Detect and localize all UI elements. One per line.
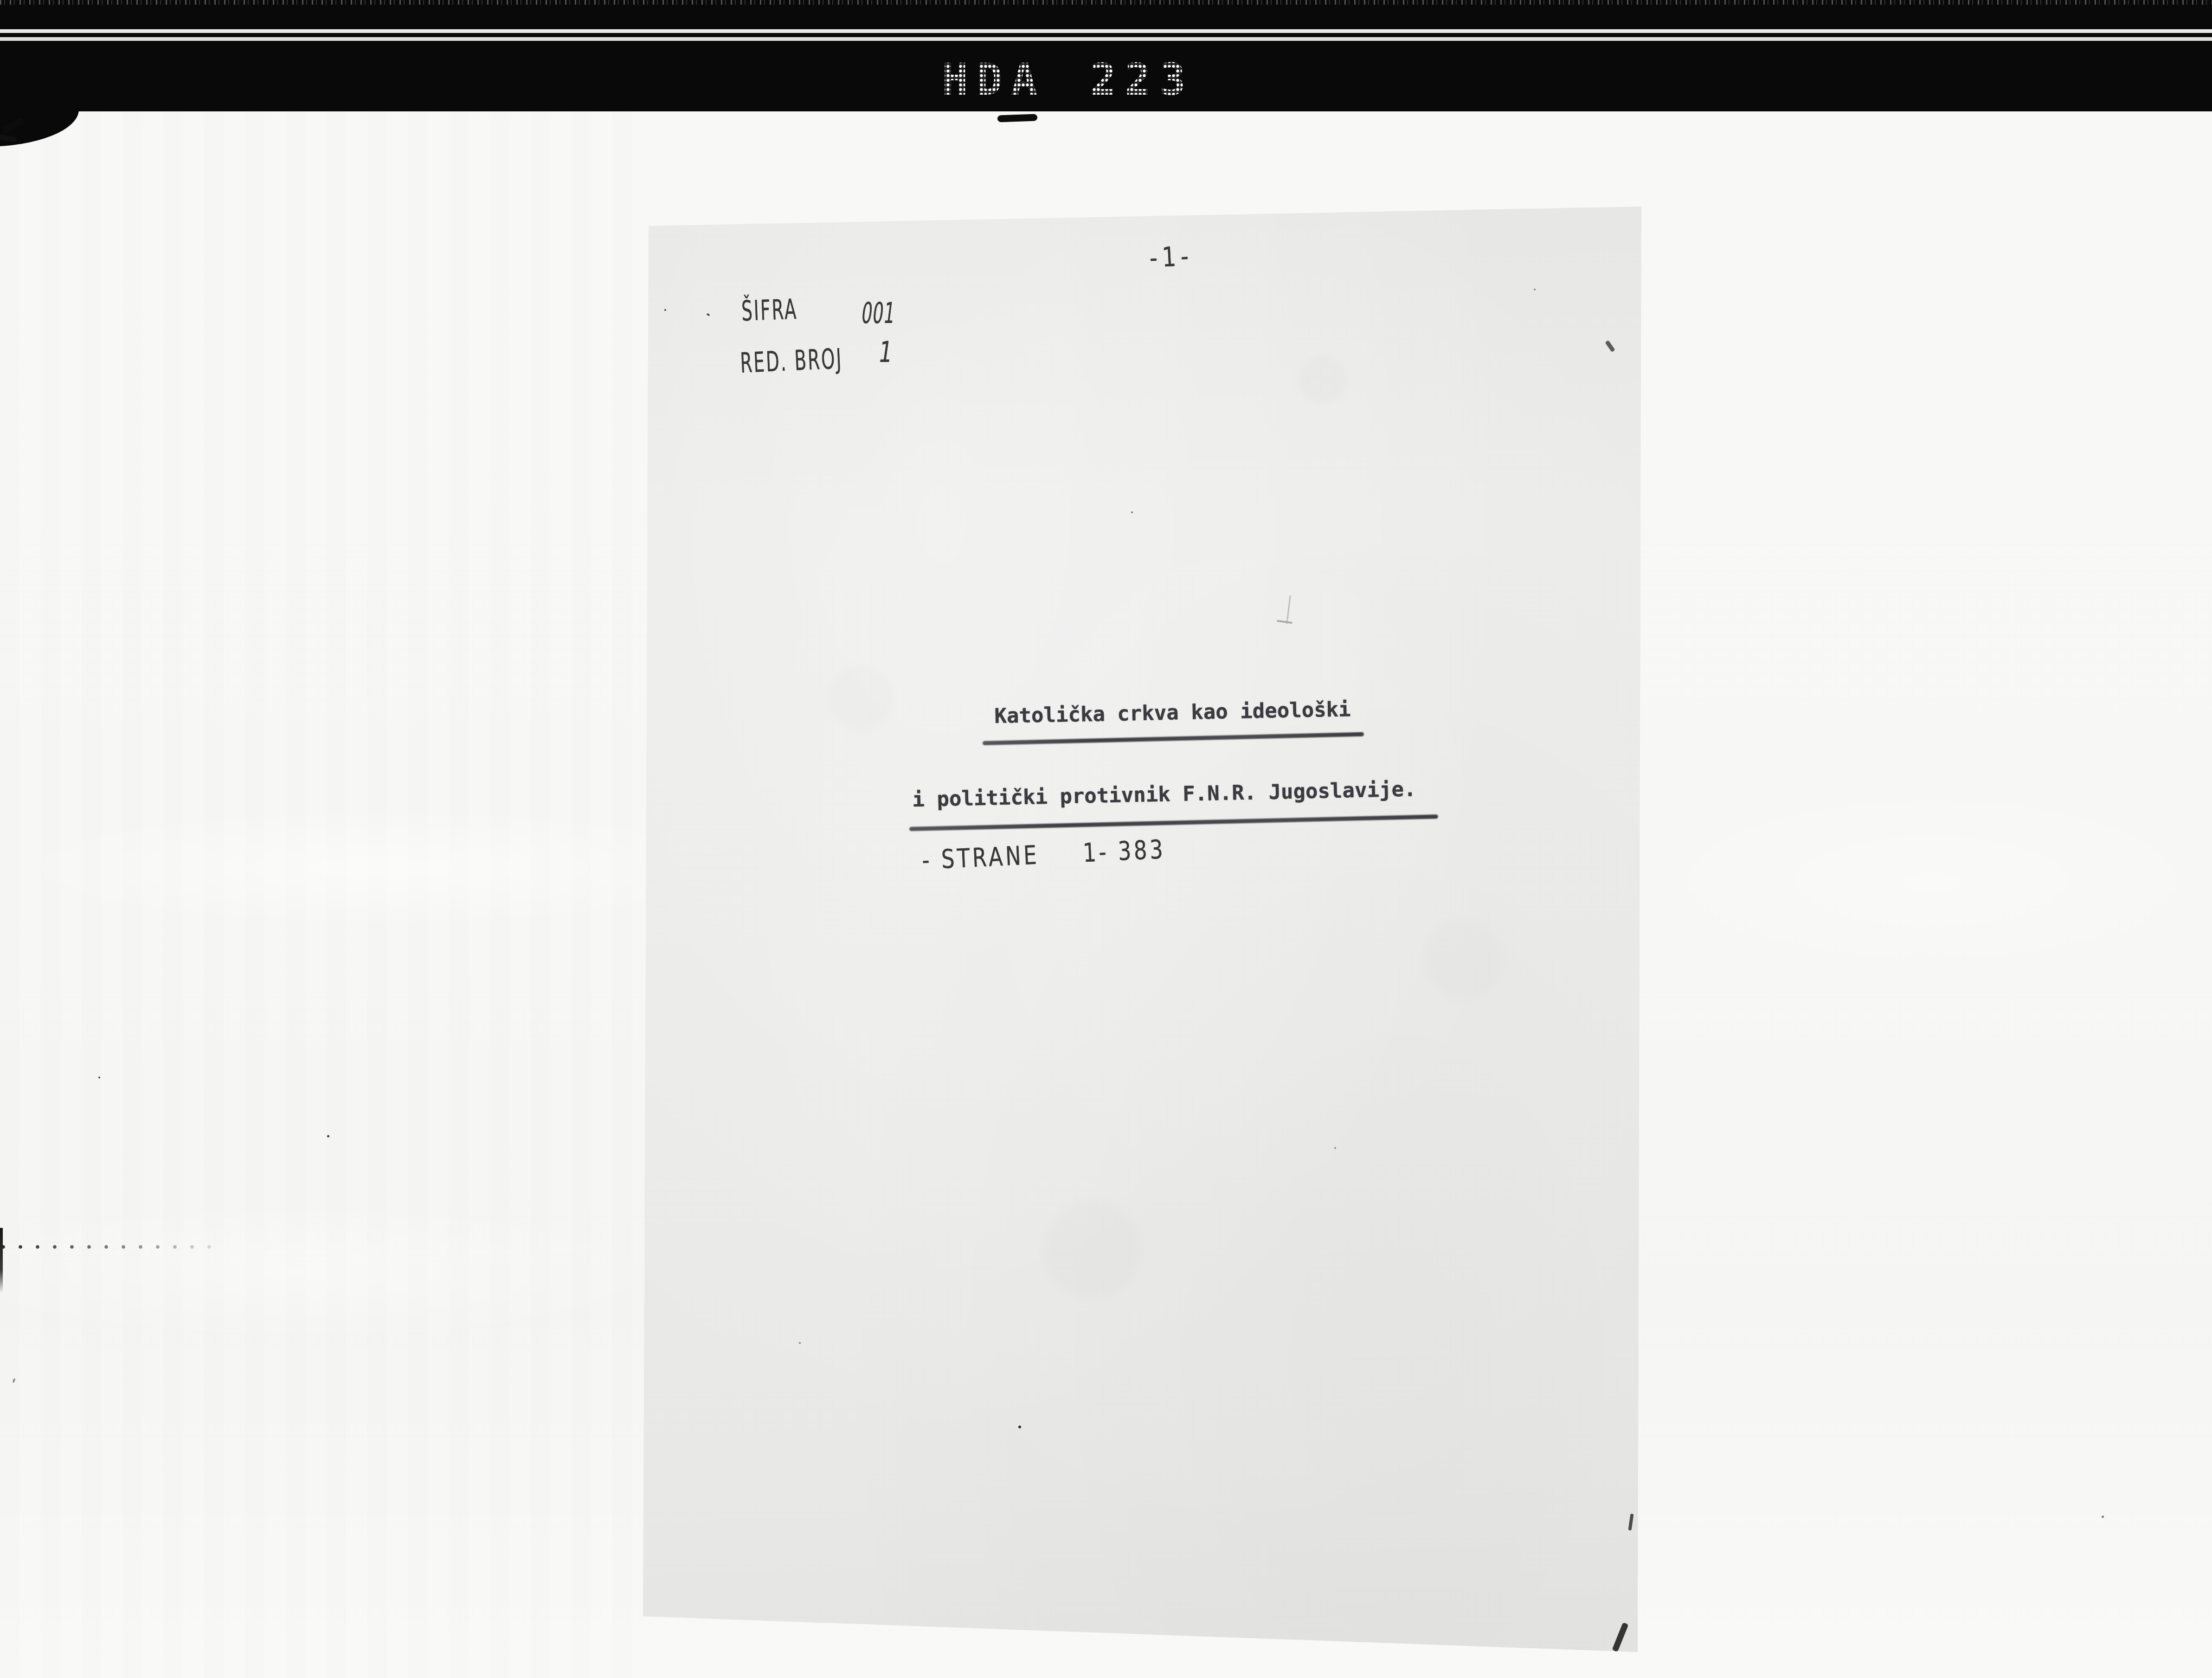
pages-note-value: 1- 383: [1082, 834, 1166, 868]
film-edge-line: [0, 29, 2212, 33]
pages-note-label: - STRANE: [921, 840, 1040, 876]
film-edge-sliver: [0, 1228, 3, 1293]
dust-speck: [327, 1135, 329, 1137]
archive-code: HDA: [942, 55, 1046, 105]
sifra-value: 001: [860, 296, 897, 330]
paper-sheet: [640, 206, 1645, 1656]
background-light-band: [0, 1202, 673, 1341]
dust-speck: [799, 1342, 801, 1344]
paper-texture: [640, 206, 1645, 1656]
red-broj-label: RED. BROJ: [739, 342, 843, 380]
dust-speck: [1018, 1426, 1021, 1428]
microfilm-scan: HDA223 -1- ŠIFRA 001 RED. BROJ 1 Katolič…: [0, 0, 2212, 1678]
dust-speck: [1534, 289, 1536, 290]
page-number: -1-: [1149, 240, 1194, 274]
reel-number: 223: [1090, 55, 1194, 105]
dust-speck: [2102, 1516, 2104, 1518]
dust-speck: [1334, 1147, 1336, 1149]
header-underline-mark: [997, 114, 1037, 123]
dust-speck: [664, 309, 666, 311]
film-header-band: HDA223: [0, 0, 2212, 111]
background-light-band: [0, 807, 696, 928]
film-header-title: HDA223: [942, 55, 1194, 105]
dust-speck: [1131, 511, 1133, 513]
film-edge-line: [0, 37, 2212, 41]
film-edge-grain: [0, 0, 2212, 5]
dotted-line-artifact: [0, 1244, 218, 1250]
background-light-band: [1652, 789, 2212, 975]
dust-speck: [98, 1077, 100, 1078]
sifra-label: ŠIFRA: [741, 293, 798, 328]
